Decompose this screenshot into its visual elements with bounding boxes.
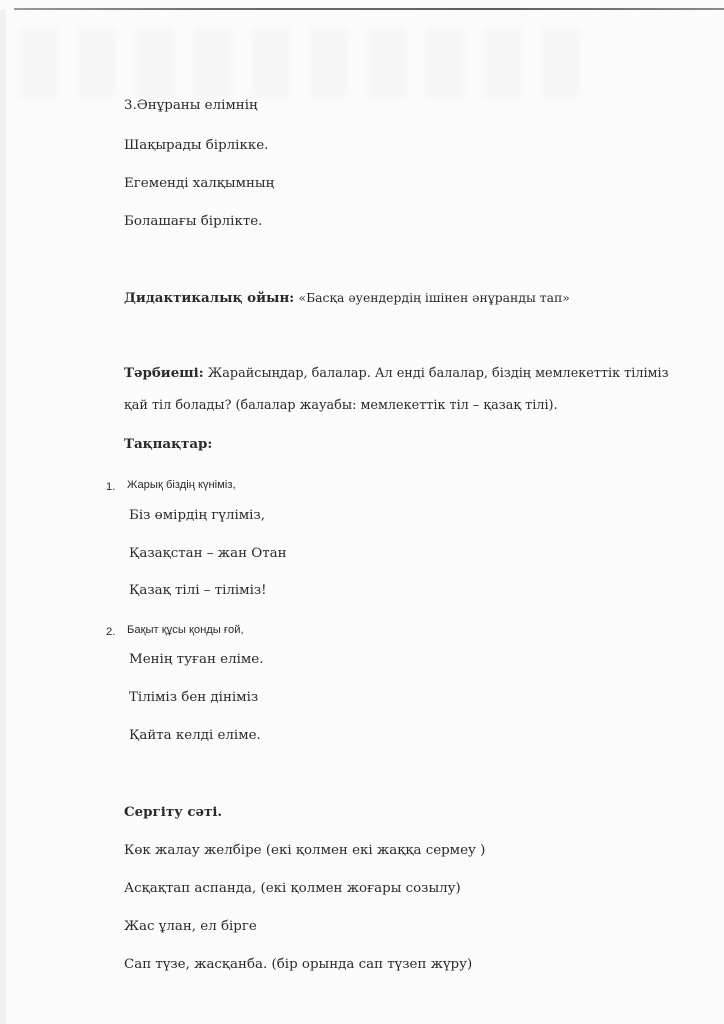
exercise-line: Сап түзе, жасқанба. (бір орында сап түзе… [124, 958, 472, 971]
anthem-line: Шақырады бірлікке. [124, 139, 268, 152]
teacher-paragraph: Тәрбиеші: Жарайсыңдар, балалар. Ал енді … [124, 367, 669, 381]
rhyme-line: Қазақстан – жан Отан [129, 547, 287, 560]
teacher-text-line1: Жарайсыңдар, балалар. Ал енді балалар, б… [208, 366, 669, 381]
anthem-line: 3.Әнұраны елімнің [124, 99, 258, 112]
list-number: 1. [106, 481, 115, 493]
exercise-line: Көк жалау желбіре (екі қолмен екі жаққа … [124, 844, 485, 857]
rhyme-first-line: Бақыт құсы қонды ғой, [127, 625, 244, 636]
scan-top-edge [14, 8, 724, 10]
scan-left-edge [0, 10, 6, 1024]
didactic-game-paragraph: Дидактикалық ойын: «Басқа әуендердің іші… [124, 292, 570, 305]
exercise-line: Жас ұлан, ел бірге [124, 920, 257, 933]
anthem-line: Егеменді халқымның [124, 177, 274, 190]
didactic-game-text: «Басқа әуендердің ішінен әнұранды тап» [298, 290, 569, 305]
rhymes-heading: Тақпақтар: [124, 438, 212, 451]
rhyme-first-line: Жарық біздің күніміз, [127, 480, 236, 491]
rhyme-line: Тіліміз бен дініміз [129, 691, 258, 704]
rhyme-line: Біз өмірдің гүліміз, [129, 509, 265, 522]
rhyme-line: Қайта келді еліме. [129, 729, 261, 742]
exercise-heading: Сергіту сәті. [124, 806, 222, 819]
rhyme-line: Қазақ тілі – тіліміз! [129, 584, 267, 597]
didactic-game-label: Дидактикалық ойын: [124, 290, 294, 306]
rhyme-line: Менің туған еліме. [129, 653, 263, 666]
anthem-line: Болашағы бірлікте. [124, 215, 262, 228]
teacher-text-line2: қай тіл болады? (балалар жауабы: мемлеке… [124, 400, 558, 413]
exercise-line: Асқақтап аспанда, (екі қолмен жоғары соз… [124, 882, 461, 895]
list-number: 2. [106, 626, 115, 638]
show-through-bleed [20, 28, 580, 98]
teacher-label: Тәрбиеші: [124, 365, 204, 381]
